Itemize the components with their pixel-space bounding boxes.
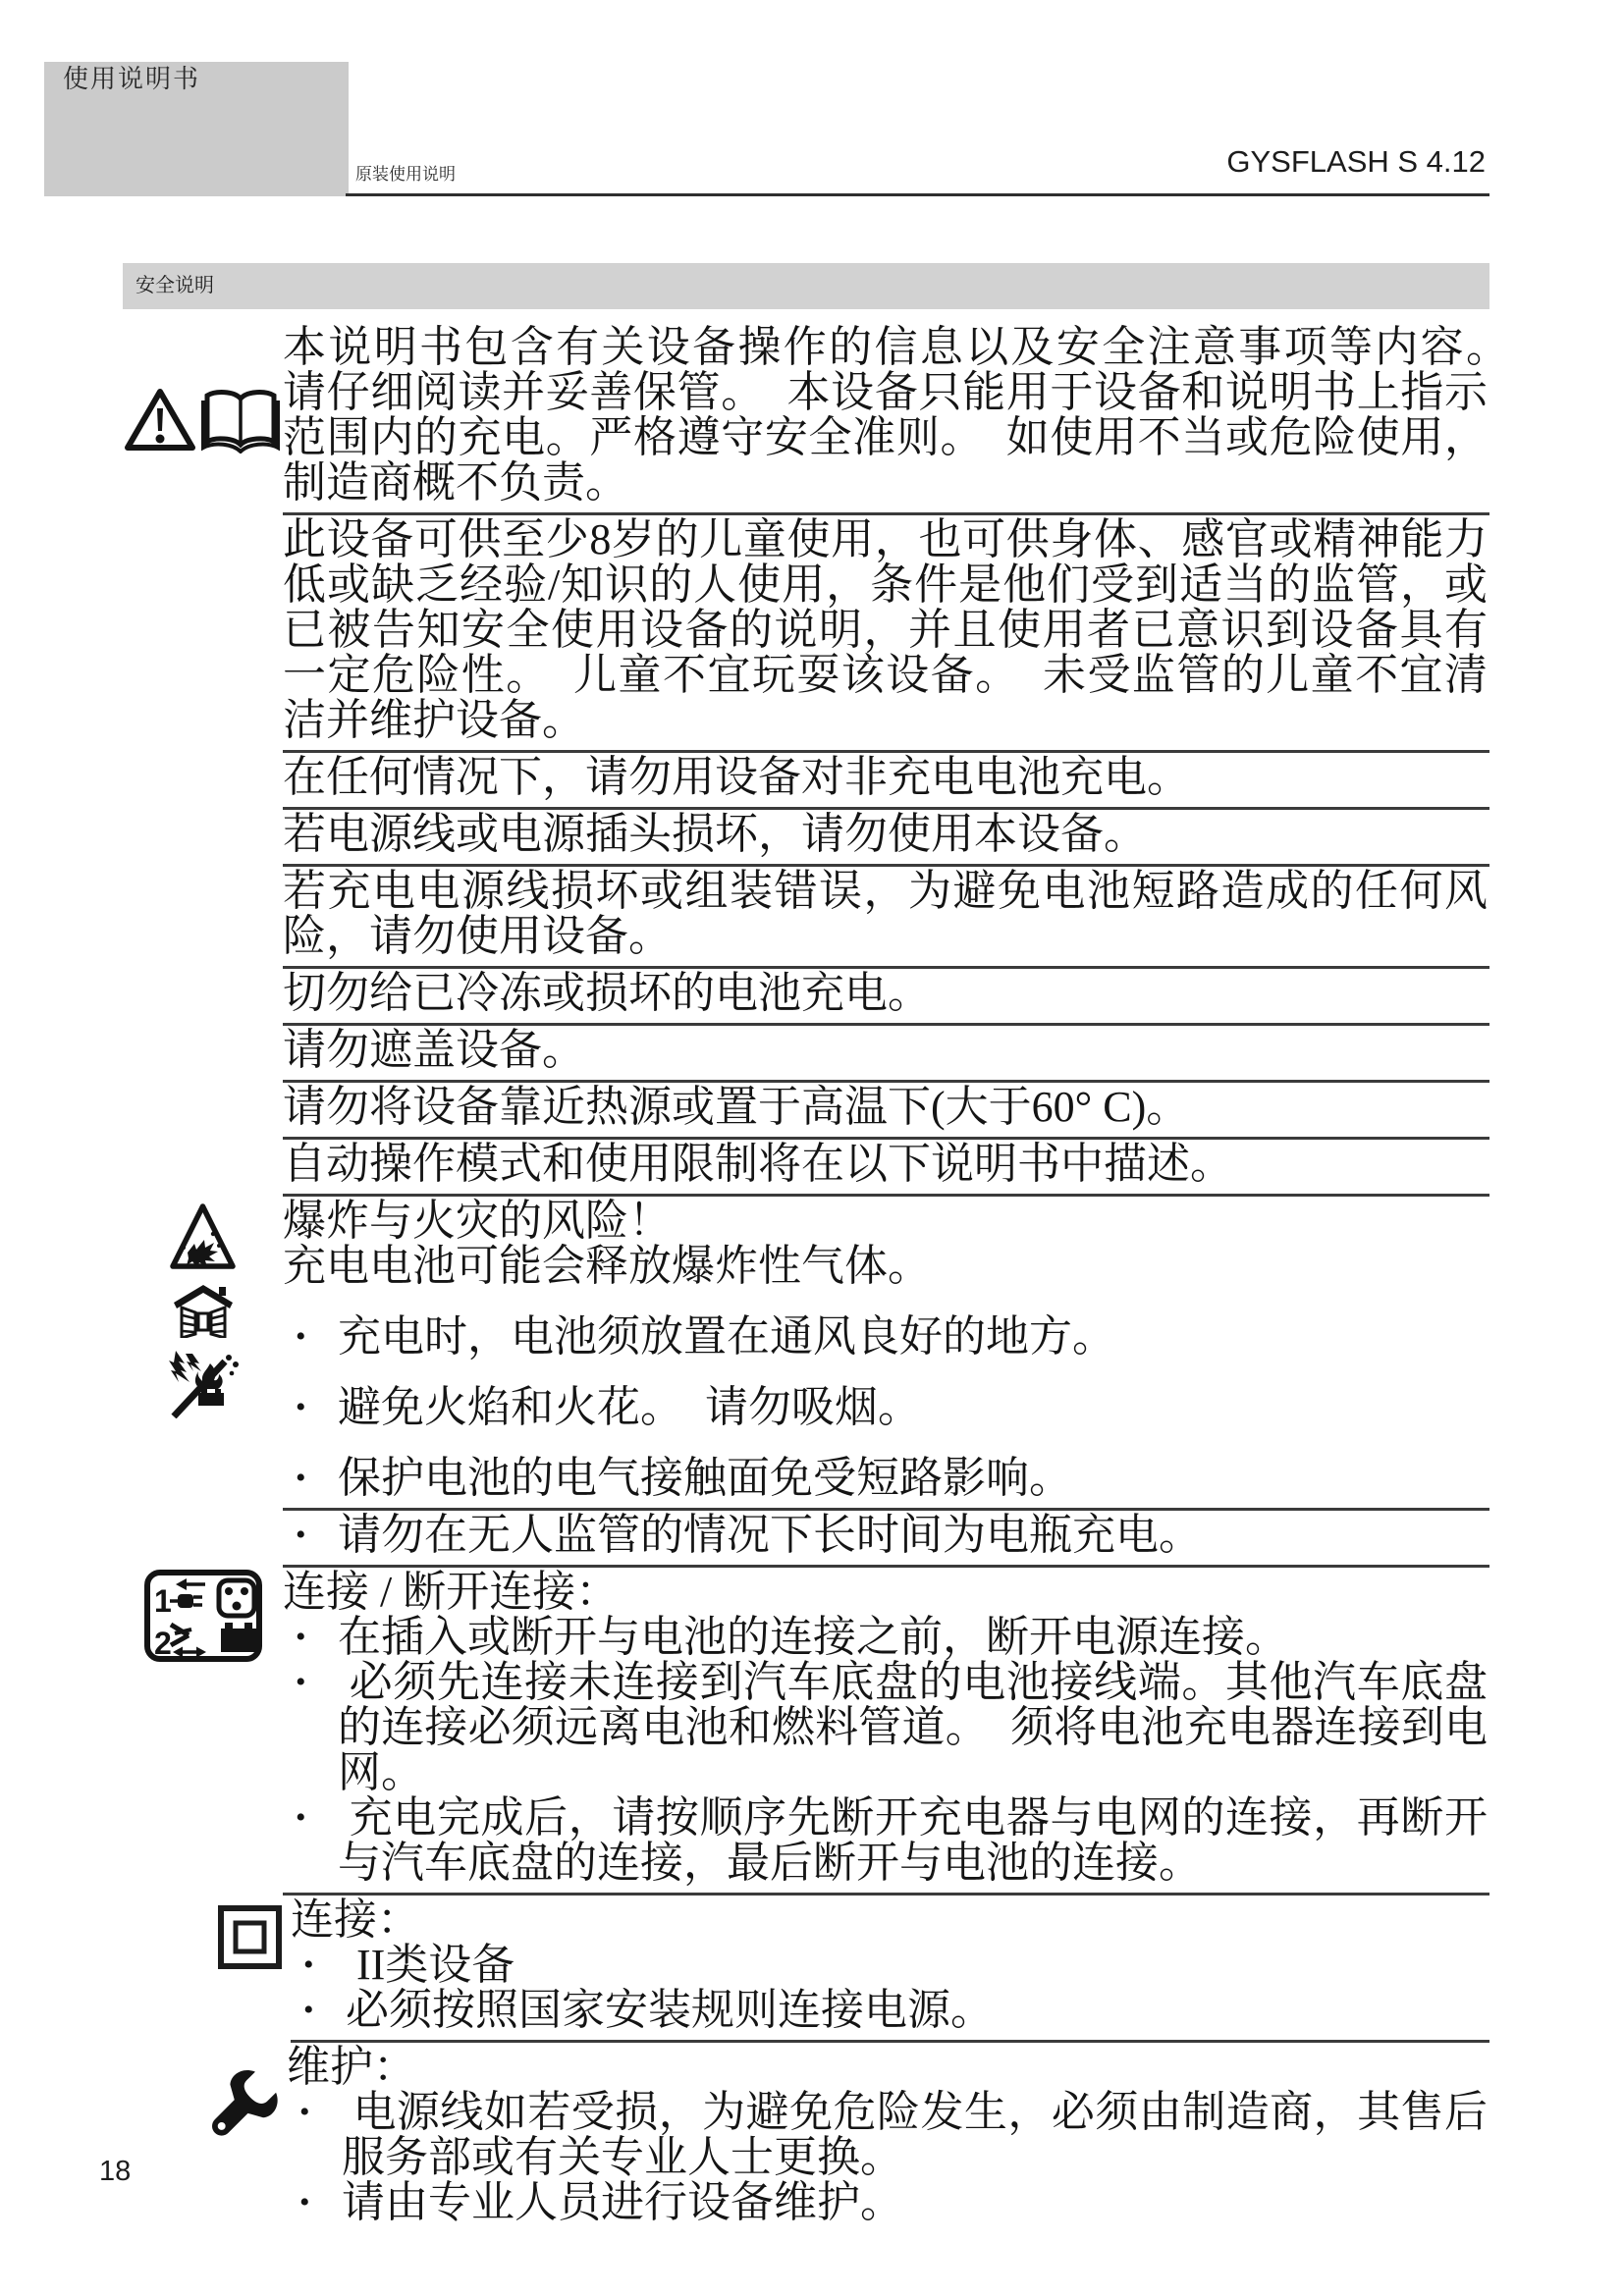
paragraph: 自动操作模式和使用限制将在以下说明书中描述。 — [283, 1142, 1488, 1187]
text-cell: 维护： • 电源线如若受损，为避免危险发生，必须由制造商，其售后服务部或有关专业… — [287, 2043, 1489, 2225]
text-cell: 在任何情况下，请勿用设备对非充电电池充电。 — [283, 753, 1489, 810]
icon-cell — [123, 753, 283, 810]
bullet-item: • II类设备 — [291, 1943, 1488, 1988]
text-cell: 若电源线或电源插头损坏，请勿使用本设备。 — [283, 810, 1489, 867]
paragraph: 此设备可供至少8岁的儿童使用，也可供身体、感官或精神能力低或缺乏经验/知识的人使… — [283, 517, 1488, 743]
section-heat-source: 请勿将设备靠近热源或置于高温下(大于60° C)。 — [123, 1083, 1489, 1140]
bullet-text: 电源线如若受损，为避免危险发生，必须由制造商，其售后服务部或有关专业人士更换。 — [342, 2090, 1488, 2180]
section-unattended-charging: • 请勿在无人监管的情况下长时间为电瓶充电。 — [123, 1511, 1489, 1568]
connect-disconnect-sequence-icon: 1 2 — [144, 1570, 262, 1662]
icon-cell: 1 2 — [123, 1568, 283, 1896]
connection-title: 连接： — [291, 1897, 1488, 1943]
paragraph: 本说明书包含有关设备操作的信息以及安全注意事项等内容。 请仔细阅读并妥善保管。 … — [283, 325, 1488, 506]
section-intro: 本说明书包含有关设备操作的信息以及安全注意事项等内容。 请仔细阅读并妥善保管。 … — [123, 323, 1489, 515]
icon-cell — [123, 2043, 287, 2225]
bullet-item: • 在插入或断开与电池的连接之前，断开电源连接。 — [283, 1615, 1488, 1660]
ventilated-area-icon — [173, 1284, 234, 1338]
bullet-dot: • — [283, 1615, 338, 1660]
original-instructions-note: 原装使用说明 — [355, 160, 456, 185]
header-divider — [346, 193, 1489, 196]
page-number: 18 — [99, 2156, 131, 2188]
section-do-not-cover: 请勿遮盖设备。 — [123, 1026, 1489, 1083]
bullet-text: II类设备 — [346, 1943, 1488, 1988]
safety-content: 安全说明 本说明书包含有关设备操作的信息以及安全注意事项等内容。 请仔细阅读并妥… — [123, 263, 1489, 2225]
icon-cell — [123, 1140, 283, 1197]
doc-type-title: 使用说明书 — [63, 59, 200, 95]
icon-cell — [123, 1197, 283, 1511]
paragraph: 请勿将设备靠近热源或置于高温下(大于60° C)。 — [283, 1085, 1488, 1130]
bullet-item: • 充电完成后，请按顺序先断开充电器与电网的连接，再断开与汽车底盘的连接，最后断… — [283, 1795, 1488, 1886]
hazard-subtitle: 充电电池可能会释放爆炸性气体。 — [283, 1244, 1488, 1289]
bullet-item: • 避免火焰和火花。 请勿吸烟。 — [283, 1385, 1488, 1430]
step-1-label: 1 — [154, 1583, 172, 1619]
bullet-item: • 电源线如若受损，为避免危险发生，必须由制造商，其售后服务部或有关专业人士更换… — [287, 2090, 1488, 2180]
product-name: GYSFLASH S 4.12 — [1226, 144, 1486, 180]
bullet-item: • 保护电池的电气接触面免受短路影响。 — [283, 1456, 1488, 1501]
safety-section-bar: 安全说明 — [123, 263, 1489, 309]
section-non-rechargeable: 在任何情况下，请勿用设备对非充电电池充电。 — [123, 753, 1489, 810]
bullet-dot: • — [287, 2180, 342, 2225]
bullet-dot: • — [283, 1314, 338, 1360]
text-cell: 连接： • II类设备 • 必须按照国家安装规则连接电源。 — [291, 1896, 1489, 2043]
section-connect-disconnect: 1 2 — [123, 1568, 1489, 1896]
section-charging-cable: 若充电电源线损坏或组装错误，为避免电池短路造成的任何风险，请勿使用设备。 — [123, 867, 1489, 969]
bullet-item: • 必须先连接未连接到汽车底盘的电池接线端。其他汽车底盘的连接必须远离电池和燃料… — [283, 1660, 1488, 1795]
bullet-dot: • — [283, 1513, 338, 1558]
bullet-dot: • — [283, 1456, 338, 1501]
text-cell: 请勿遮盖设备。 — [283, 1026, 1489, 1083]
bullet-text: 必须按照国家安装规则连接电源。 — [346, 1988, 1488, 2033]
text-cell: 自动操作模式和使用限制将在以下说明书中描述。 — [283, 1140, 1489, 1197]
bullet-dot: • — [291, 1988, 346, 2033]
maintenance-title: 维护： — [287, 2045, 1488, 2090]
bullet-text: 保护电池的电气接触面免受短路影响。 — [338, 1456, 1488, 1501]
section-children: 此设备可供至少8岁的儿童使用，也可供身体、感官或精神能力低或缺乏经验/知识的人使… — [123, 515, 1489, 753]
text-cell: 请勿将设备靠近热源或置于高温下(大于60° C)。 — [283, 1083, 1489, 1140]
step-2-label: 2 — [154, 1626, 172, 1661]
bullet-text: 避免火焰和火花。 请勿吸烟。 — [338, 1385, 1488, 1430]
text-cell: 本说明书包含有关设备操作的信息以及安全注意事项等内容。 请仔细阅读并妥善保管。 … — [283, 323, 1489, 515]
paragraph: 切勿给已冷冻或损坏的电池充电。 — [283, 971, 1488, 1016]
no-flames-no-sparks-icon — [166, 1350, 240, 1418]
bullet-text: 请由专业人员进行设备维护。 — [342, 2180, 1488, 2225]
bullet-item: • 充电时，电池须放置在通风良好的地方。 — [283, 1314, 1488, 1360]
paragraph: 若电源线或电源插头损坏，请勿使用本设备。 — [283, 812, 1488, 857]
bullet-item: • 必须按照国家安装规则连接电源。 — [291, 1988, 1488, 2033]
section-maintenance: 维护： • 电源线如若受损，为避免危险发生，必须由制造商，其售后服务部或有关专业… — [123, 2043, 1489, 2225]
icon-cell — [123, 515, 283, 753]
paragraph: 请勿遮盖设备。 — [283, 1028, 1488, 1073]
icon-cell — [123, 810, 283, 867]
icon-cell — [123, 867, 283, 969]
bullet-dot: • — [283, 1385, 338, 1430]
bullet-text: 充电完成后，请按顺序先断开充电器与电网的连接，再断开与汽车底盘的连接，最后断开与… — [338, 1795, 1488, 1886]
text-cell: 若充电电源线损坏或组装错误，为避免电池短路造成的任何风险，请勿使用设备。 — [283, 867, 1489, 969]
read-manual-book-icon — [200, 385, 281, 454]
text-cell: 爆炸与火灾的风险！ 充电电池可能会释放爆炸性气体。 • 充电时，电池须放置在通风… — [283, 1197, 1489, 1511]
bullet-dot: • — [291, 1943, 346, 1988]
text-cell: 切勿给已冷冻或损坏的电池充电。 — [283, 969, 1489, 1026]
section-damaged-cord: 若电源线或电源插头损坏，请勿使用本设备。 — [123, 810, 1489, 867]
bullet-text: 请勿在无人监管的情况下长时间为电瓶充电。 — [338, 1513, 1488, 1558]
safety-sections: 本说明书包含有关设备操作的信息以及安全注意事项等内容。 请仔细阅读并妥善保管。 … — [123, 323, 1489, 2225]
section-automatic-mode: 自动操作模式和使用限制将在以下说明书中描述。 — [123, 1140, 1489, 1197]
section-frozen-battery: 切勿给已冷冻或损坏的电池充电。 — [123, 969, 1489, 1026]
paragraph: 在任何情况下，请勿用设备对非充电电池充电。 — [283, 755, 1488, 800]
wrench-icon — [196, 2062, 283, 2149]
icon-cell — [123, 1896, 291, 2043]
icon-cell — [123, 1083, 283, 1140]
section-explosion-risk: 爆炸与火灾的风险！ 充电电池可能会释放爆炸性气体。 • 充电时，电池须放置在通风… — [123, 1197, 1489, 1511]
text-cell: 连接 / 断开连接： • 在插入或断开与电池的连接之前，断开电源连接。 • 必须… — [283, 1568, 1489, 1896]
bullet-item: • 请由专业人员进行设备维护。 — [287, 2180, 1488, 2225]
class-ii-equipment-icon — [217, 1905, 283, 1969]
section-connection: 连接： • II类设备 • 必须按照国家安装规则连接电源。 — [123, 1896, 1489, 2043]
bullet-text: 必须先连接未连接到汽车底盘的电池接线端。其他汽车底盘的连接必须远离电池和燃料管道… — [338, 1660, 1488, 1795]
hazard-title: 爆炸与火灾的风险！ — [283, 1199, 1488, 1244]
safety-section-title: 安全说明 — [135, 275, 214, 296]
bullet-dot: • — [287, 2090, 342, 2180]
paragraph: 若充电电源线损坏或组装错误，为避免电池短路造成的任何风险，请勿使用设备。 — [283, 869, 1488, 959]
text-cell: 此设备可供至少8岁的儿童使用，也可供身体、感官或精神能力低或缺乏经验/知识的人使… — [283, 515, 1489, 753]
icon-cell — [123, 1026, 283, 1083]
bullet-item: • 请勿在无人监管的情况下长时间为电瓶充电。 — [283, 1513, 1488, 1558]
bullet-text: 充电时，电池须放置在通风良好的地方。 — [338, 1314, 1488, 1360]
icon-cell — [123, 1511, 283, 1568]
icon-cell — [123, 323, 283, 515]
bullet-dot: • — [283, 1660, 338, 1795]
warning-triangle-icon — [125, 387, 195, 453]
connect-disconnect-title: 连接 / 断开连接： — [283, 1570, 1488, 1615]
explosion-hazard-icon — [170, 1201, 236, 1272]
bullet-dot: • — [283, 1795, 338, 1886]
icon-cell — [123, 969, 283, 1026]
bullet-text: 在插入或断开与电池的连接之前，断开电源连接。 — [338, 1615, 1488, 1660]
text-cell: • 请勿在无人监管的情况下长时间为电瓶充电。 — [283, 1511, 1489, 1568]
